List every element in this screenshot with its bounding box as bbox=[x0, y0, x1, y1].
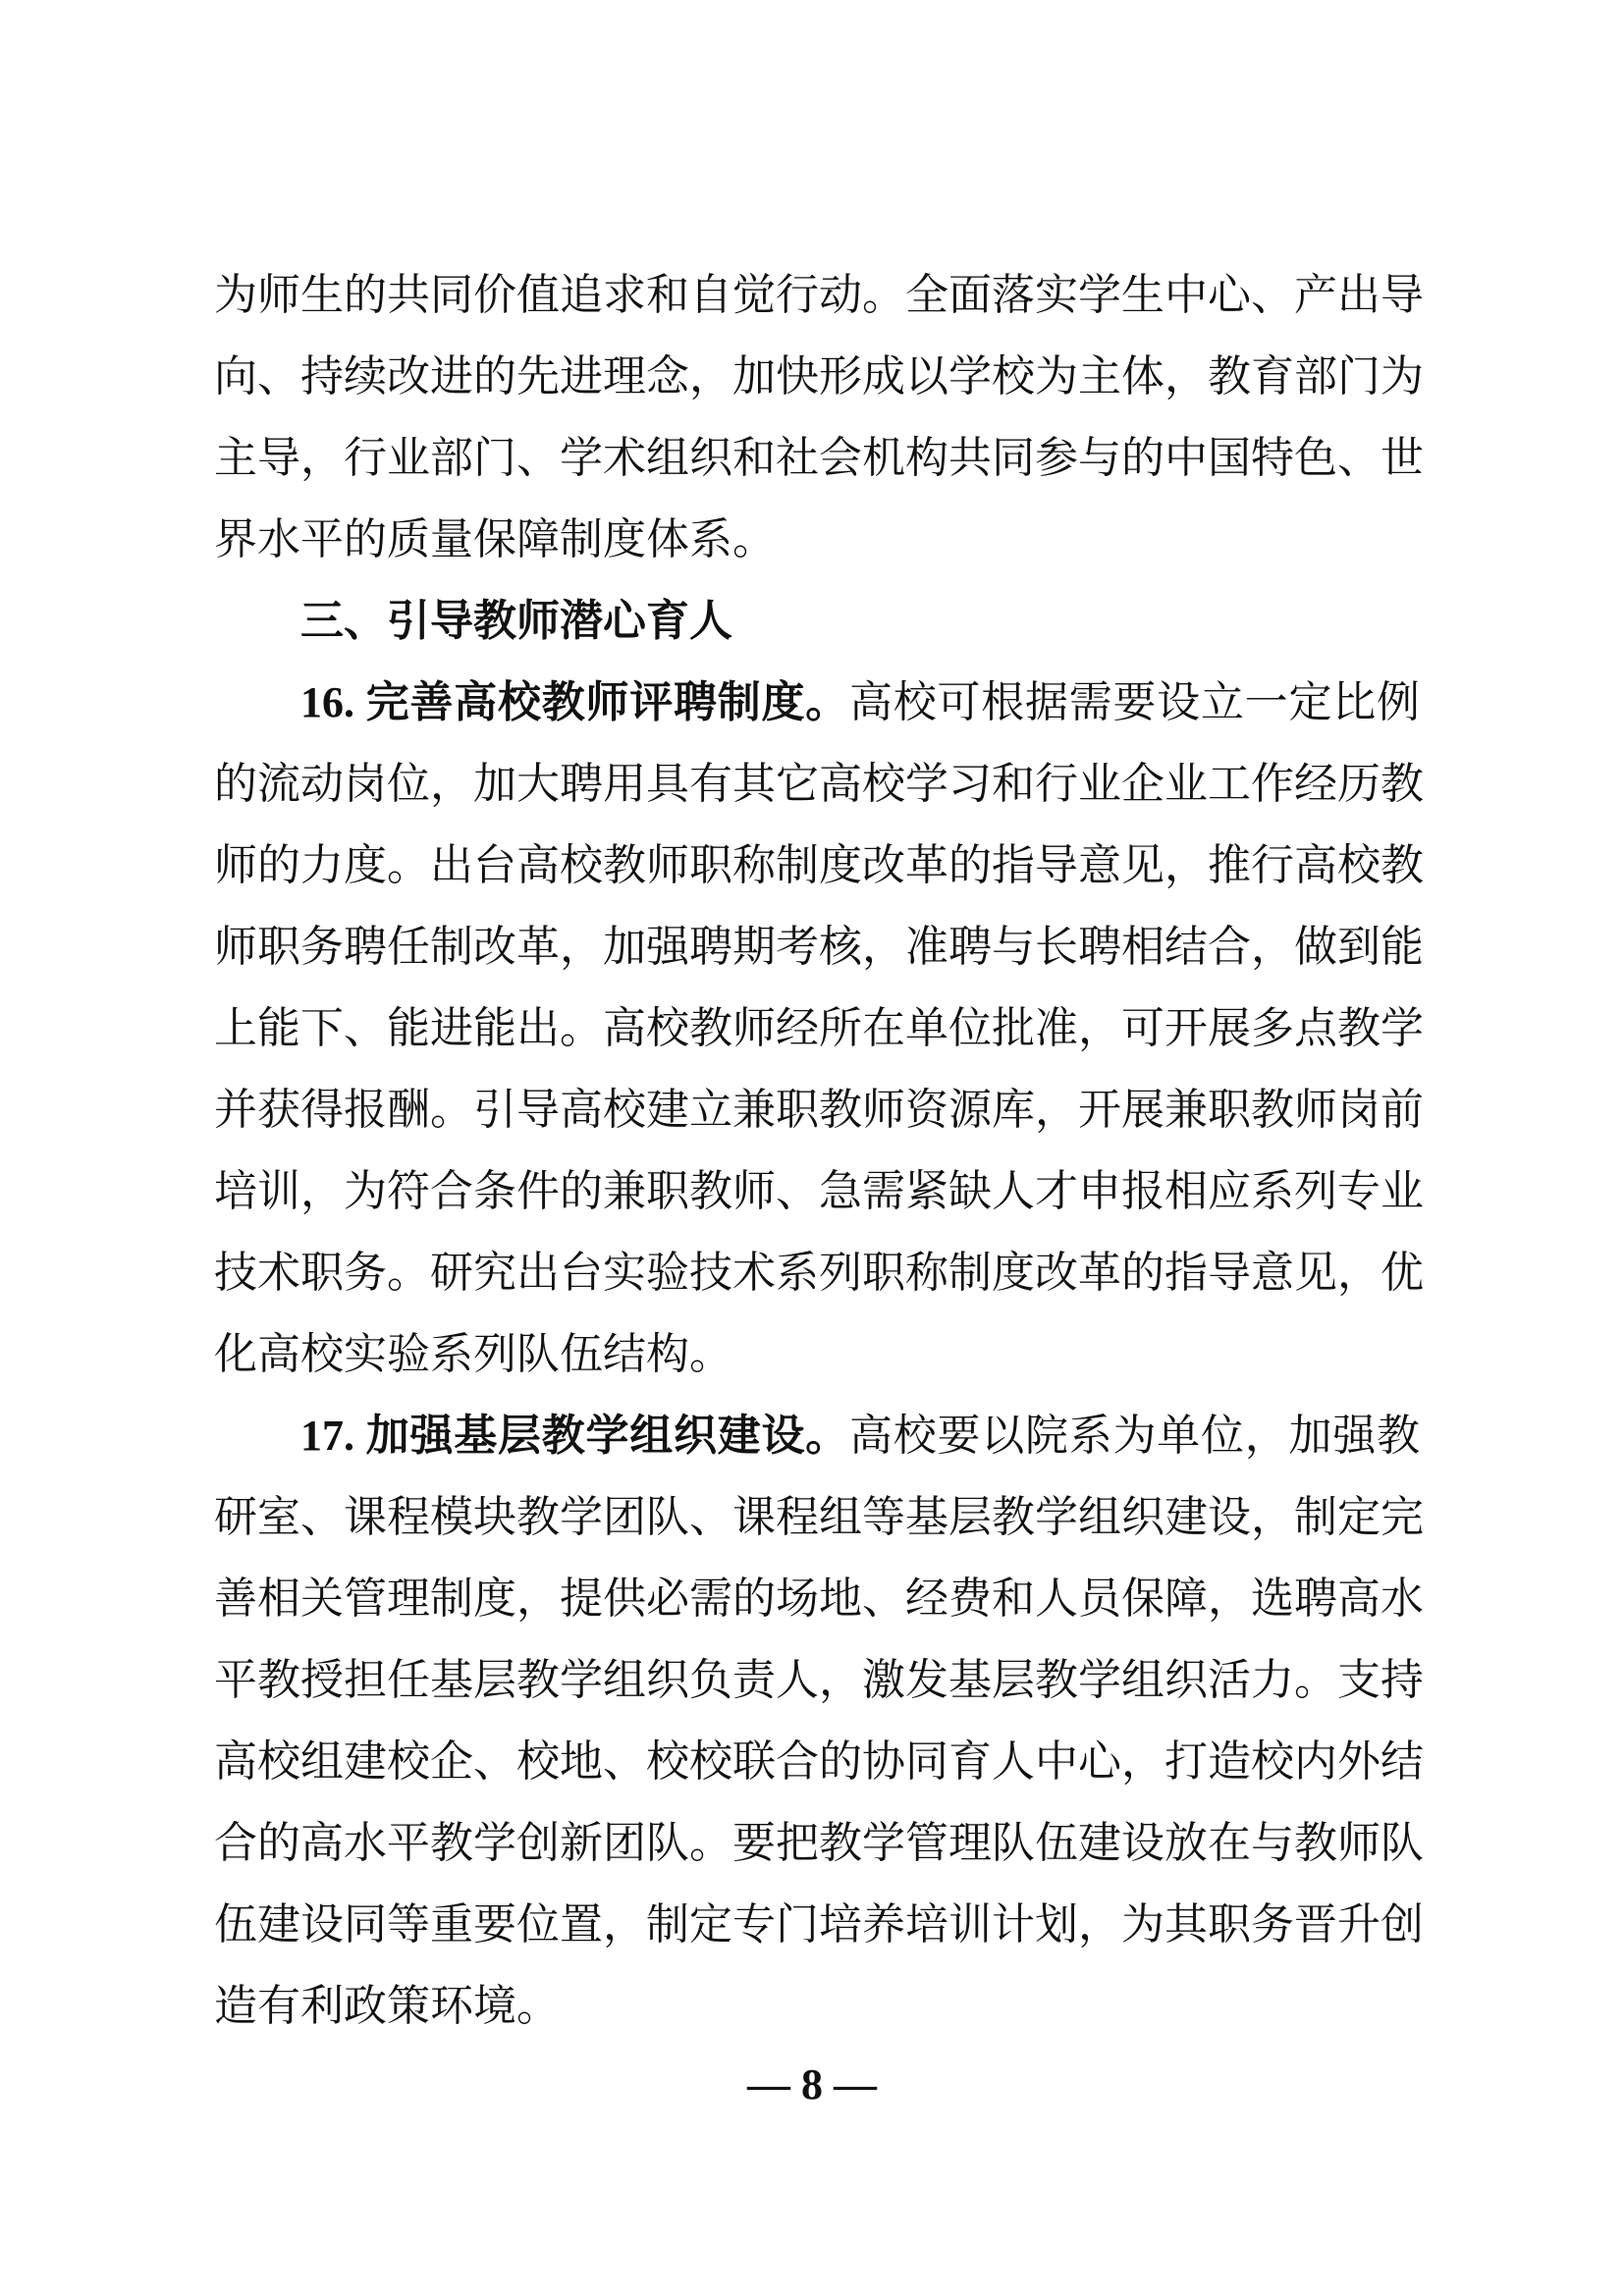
item-16-lead: 16. 完善高校教师评聘制度。 bbox=[300, 678, 849, 726]
text-line: 化高校实验系列队伍结构。 bbox=[214, 1313, 1420, 1395]
item-17-lead: 17. 加强基层教学组织建设。 bbox=[300, 1412, 849, 1460]
paragraph-16: 16. 完善高校教师评聘制度。高校可根据需要设立一定比例 的流动岗位，加大聘用具… bbox=[214, 662, 1420, 1395]
text-line: 培训，为符合条件的兼职教师、急需紧缺人才申报相应系列专业 bbox=[214, 1150, 1420, 1232]
continuation-paragraph: 为师生的共同价值追求和自觉行动。全面落实学生中心、产出导 向、持续改进的先进理念… bbox=[214, 254, 1420, 580]
item-17-first-line-rest: 高校要以院系为单位，加强教 bbox=[849, 1412, 1420, 1460]
text-line: 造有利政策环境。 bbox=[214, 1965, 1420, 2047]
text-line: 界水平的质量保障制度体系。 bbox=[214, 499, 1420, 580]
text-block: 为师生的共同价值追求和自觉行动。全面落实学生中心、产出导 向、持续改进的先进理念… bbox=[214, 254, 1420, 2047]
text-line: 主导，行业部门、学术组织和社会机构共同参与的中国特色、世 bbox=[214, 417, 1420, 499]
text-line: 向、持续改进的先进理念，加快形成以学校为主体，教育部门为 bbox=[214, 336, 1420, 417]
text-line: 研室、课程模块教学团队、课程组等基层教学组织建设，制定完 bbox=[214, 1476, 1420, 1558]
text-line: 16. 完善高校教师评聘制度。高校可根据需要设立一定比例 bbox=[214, 662, 1420, 743]
text-line: 高校组建校企、校地、校校联合的协同育人中心，打造校内外结 bbox=[214, 1721, 1420, 1802]
text-line: 合的高水平教学创新团队。要把教学管理队伍建设放在与教师队 bbox=[214, 1802, 1420, 1884]
text-line: 伍建设同等重要位置，制定专门培养培训计划，为其职务晋升创 bbox=[214, 1884, 1420, 1965]
paragraph-17: 17. 加强基层教学组织建设。高校要以院系为单位，加强教 研室、课程模块教学团队… bbox=[214, 1395, 1420, 2047]
text-line: 并获得报酬。引导高校建立兼职教师资源库，开展兼职教师岗前 bbox=[214, 1069, 1420, 1150]
text-line: 平教授担任基层教学组织负责人，激发基层教学组织活力。支持 bbox=[214, 1639, 1420, 1721]
text-line: 技术职务。研究出台实验技术系列职称制度改革的指导意见，优 bbox=[214, 1232, 1420, 1313]
item-16-first-line-rest: 高校可根据需要设立一定比例 bbox=[849, 678, 1420, 726]
document-page: 为师生的共同价值追求和自觉行动。全面落实学生中心、产出导 向、持续改进的先进理念… bbox=[0, 0, 1624, 2296]
text-line: 的流动岗位，加大聘用具有其它高校学习和行业企业工作经历教 bbox=[214, 743, 1420, 825]
text-line: 师的力度。出台高校教师职称制度改革的指导意见，推行高校教 bbox=[214, 825, 1420, 906]
section-heading: 三、引导教师潜心育人 bbox=[214, 580, 1420, 662]
text-line: 上能下、能进能出。高校教师经所在单位批准，可开展多点教学 bbox=[214, 988, 1420, 1069]
text-line: 17. 加强基层教学组织建设。高校要以院系为单位，加强教 bbox=[214, 1395, 1420, 1476]
text-line: 善相关管理制度，提供必需的场地、经费和人员保障，选聘高水 bbox=[214, 1558, 1420, 1639]
text-line: 为师生的共同价值追求和自觉行动。全面落实学生中心、产出导 bbox=[214, 254, 1420, 336]
page-number: — 8 — bbox=[0, 2059, 1624, 2110]
text-line: 师职务聘任制改革，加强聘期考核，准聘与长聘相结合，做到能 bbox=[214, 906, 1420, 988]
